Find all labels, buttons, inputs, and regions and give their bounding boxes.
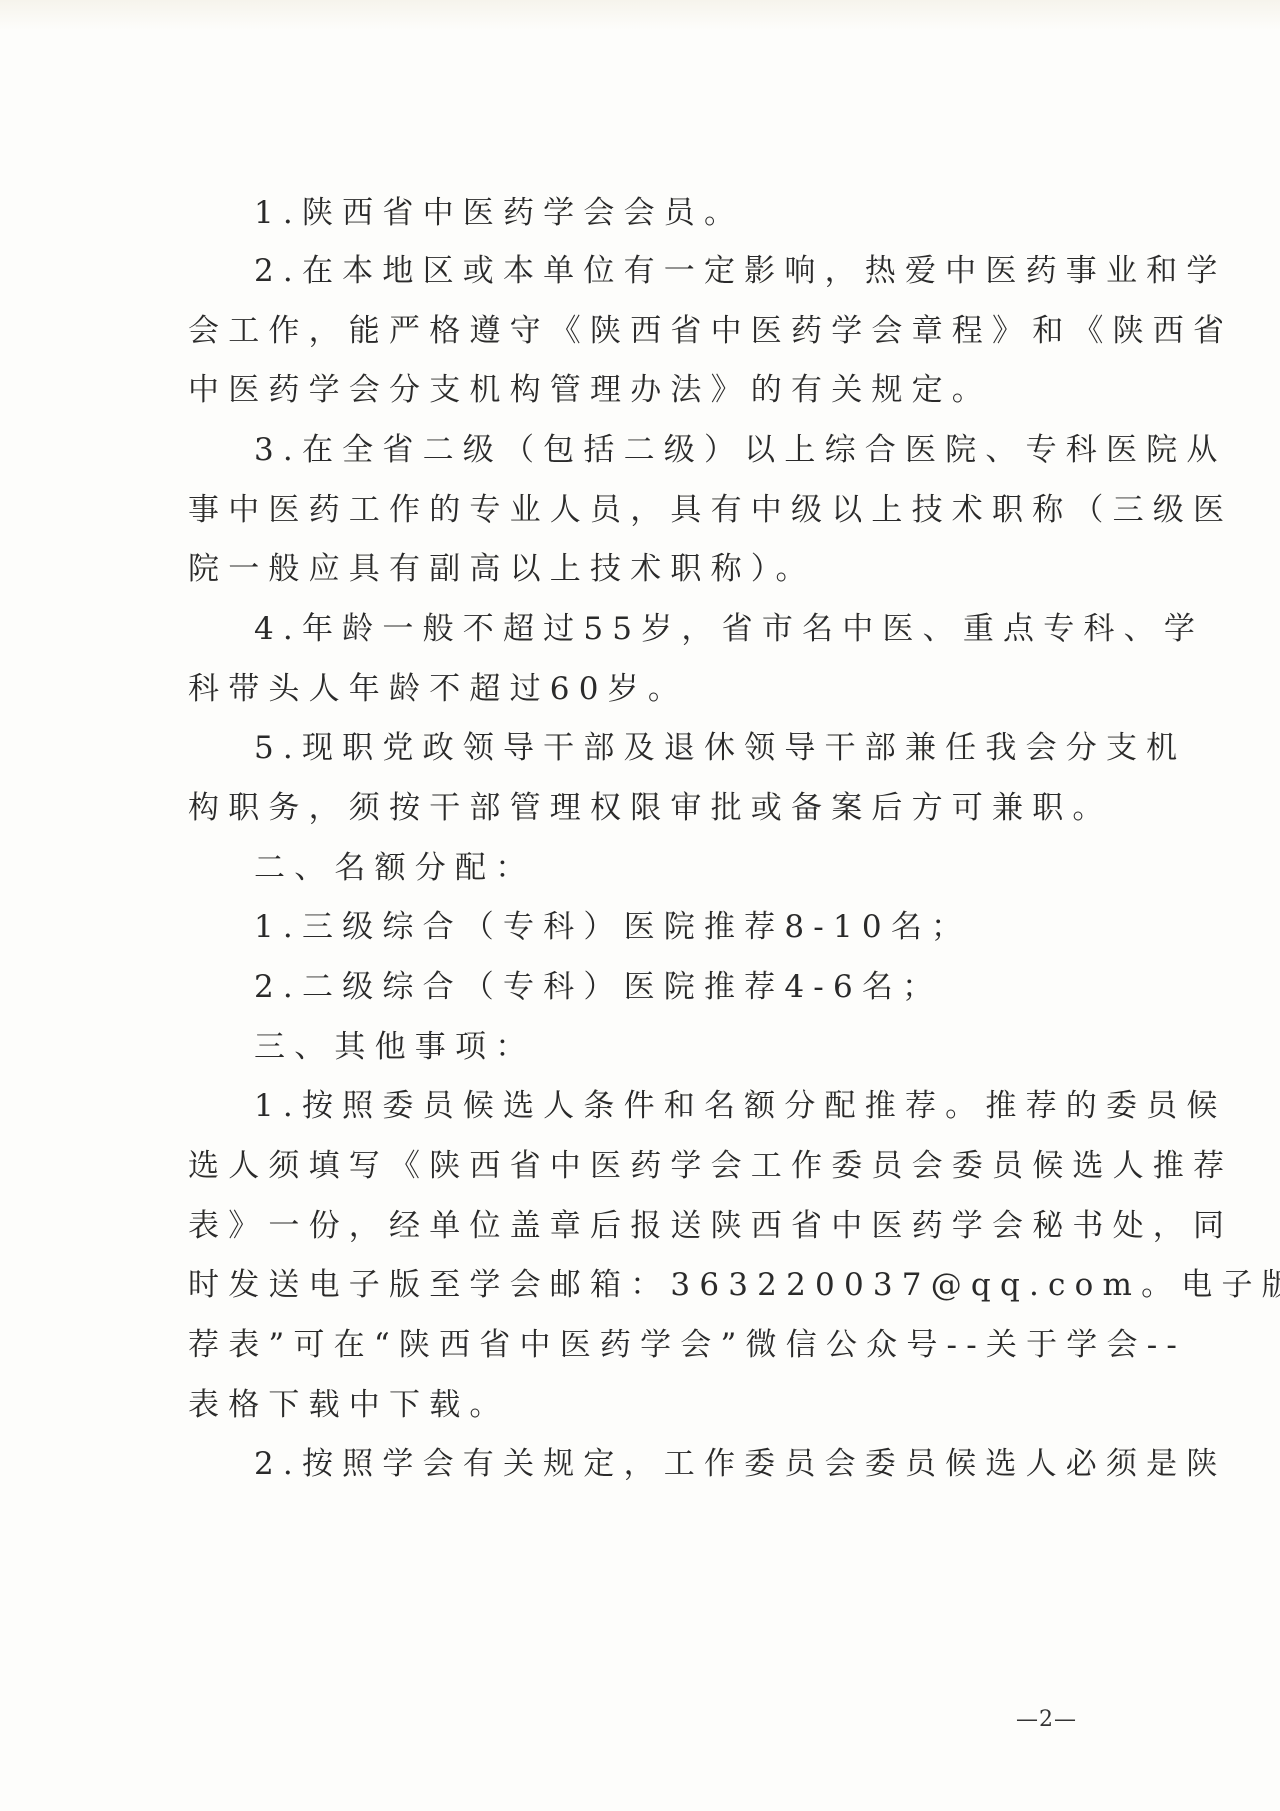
text-line: 中医药学会分支机构管理办法》的有关规定。	[188, 370, 1078, 410]
text-line: 2.在本地区或本单位有一定影响，热爱中医药事业和学	[254, 251, 1078, 291]
text-line: 三、其他事项：	[254, 1027, 1078, 1067]
text-line: 院一般应具有副高以上技术职称）。	[188, 549, 1078, 589]
text-line: 表格下载中下载。	[188, 1385, 1078, 1425]
text-line: 5.现职党政领导干部及退休领导干部兼任我会分支机	[254, 728, 1078, 768]
text-line: 荐表”可在“陕西省中医药学会”微信公众号--关于学会--	[188, 1325, 1078, 1365]
page-number: —2—	[1016, 1706, 1077, 1734]
text-line: 4.年龄一般不超过55岁，省市名中医、重点专科、学	[254, 609, 1078, 649]
text-line: 3.在全省二级（包括二级）以上综合医院、专科医院从	[254, 430, 1078, 470]
text-line: 构职务，须按干部管理权限审批或备案后方可兼职。	[188, 788, 1078, 828]
scan-edge-tint	[0, 0, 1280, 30]
text-line: 二、名额分配：	[254, 848, 1078, 888]
text-line: 事中医药工作的专业人员，具有中级以上技术职称（三级医	[188, 490, 1078, 530]
text-line: 2.按照学会有关规定，工作委员会委员候选人必须是陕	[254, 1444, 1078, 1484]
text-line: 1.陕西省中医药学会会员。	[254, 193, 1078, 233]
text-line: 1.按照委员候选人条件和名额分配推荐。推荐的委员候	[254, 1086, 1078, 1126]
text-line: 表》一份，经单位盖章后报送陕西省中医药学会秘书处，同	[188, 1206, 1078, 1246]
text-line: 会工作，能严格遵守《陕西省中医药学会章程》和《陕西省	[188, 311, 1078, 351]
text-line: 时发送电子版至学会邮箱：363220037@qq.com。电子版“推	[188, 1265, 1078, 1305]
text-line: 2.二级综合（专科）医院推荐4-6名；	[254, 967, 1078, 1007]
text-line: 科带头人年龄不超过60岁。	[188, 669, 1078, 709]
text-line: 选人须填写《陕西省中医药学会工作委员会委员候选人推荐	[188, 1146, 1078, 1186]
text-line: 1.三级综合（专科）医院推荐8-10名；	[254, 907, 1078, 947]
